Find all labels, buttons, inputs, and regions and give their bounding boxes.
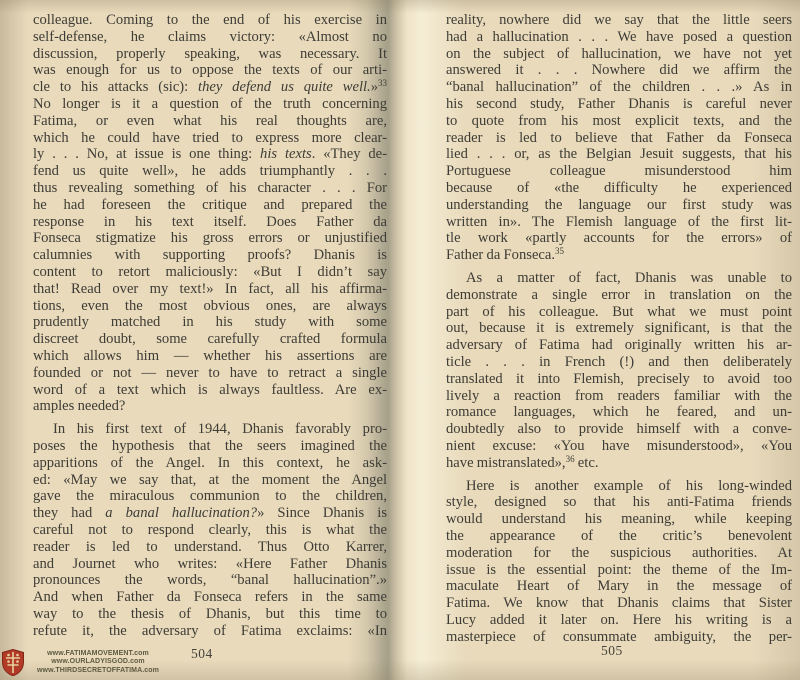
text-line: ed: «May we say that, at the moment the … <box>33 472 387 489</box>
text-line: answered it . . . Nowhere did we affirm … <box>446 62 792 79</box>
text-line: Portuguese colleague misunderstood him <box>446 163 792 180</box>
text-line: because of «the difficulty he experience… <box>446 180 792 197</box>
right-page-text: reality, nowhere did we say that the lit… <box>446 12 792 645</box>
text-line: apparitions of the Angel. In this contex… <box>33 455 387 472</box>
paragraph: In his first text of 1944, Dhanis favora… <box>33 421 387 639</box>
text-line: Fatima, or even what his real thoughts a… <box>33 113 387 130</box>
text-line: In his first text of 1944, Dhanis favora… <box>33 421 387 438</box>
text-line: lied . . . or, as the Belgian Jesuit sug… <box>446 146 792 163</box>
text-line: self-defense, he claims victory: «Almost… <box>33 29 387 46</box>
text-line: nient excuse: «You have misunderstood», … <box>446 438 792 455</box>
text-line: Father da Fonseca.35 <box>446 247 792 264</box>
text-line: tle work «partly accounts for the errors… <box>446 230 792 247</box>
text-line: thus revealing something of his characte… <box>33 180 387 197</box>
text-line: cle to his attacks (sic): they defend us… <box>33 79 387 96</box>
text-line: And when Father da Fonseca refers in the… <box>33 589 387 606</box>
text-line: they had a banal hallucination?» Since D… <box>33 505 387 522</box>
text-line: ly . . . No, at issue is one thing: his … <box>33 146 387 163</box>
text-line: content to retort maliciously: «But I di… <box>33 264 387 281</box>
text-line: Here is another example of his long-wind… <box>446 478 792 495</box>
text-line: out, because it is extremely significant… <box>446 320 792 337</box>
text-line: ticle . . . in French (!) and then delib… <box>446 354 792 371</box>
text-line: amples needed? <box>33 398 387 415</box>
text-line: fend us quite well», he adds triumphantl… <box>33 163 387 180</box>
text-line: romance languages, which he feared, and … <box>446 404 792 421</box>
text-line: “banal hallucination” of the children . … <box>446 79 792 96</box>
text-line: refute it, the adversary of Fatima excla… <box>33 623 387 640</box>
text-line: would understand his meaning, while keep… <box>446 511 792 528</box>
text-line: word of a text which is always faultless… <box>33 382 387 399</box>
text-line: and Journet who writes: «Here Father Dha… <box>33 556 387 573</box>
text-line: have mistranslated»,36 etc. <box>446 455 792 472</box>
text-line: that! Read over my text!» In fact, all h… <box>33 281 387 298</box>
text-line: discreet doubt, some carefully crafted f… <box>33 331 387 348</box>
text-line: way to the thesis of Dhanis, but this ti… <box>33 606 387 623</box>
text-line: his second study, Father Dhanis is caref… <box>446 96 792 113</box>
text-line: colleague. Coming to the end of his exer… <box>33 12 387 29</box>
watermark-url: www.OURLADYISGOD.com <box>28 658 168 667</box>
watermark-url: www.THIRDSECRETOFFATIMA.com <box>28 667 168 676</box>
book-spread-scan: colleague. Coming to the end of his exer… <box>0 0 800 680</box>
text-line: was enough for us to oppose the texts of… <box>33 62 387 79</box>
text-line: As a matter of fact, Dhanis was unable t… <box>446 270 792 287</box>
paragraph: colleague. Coming to the end of his exer… <box>33 12 387 415</box>
text-line: style, designed so that his anti-Fatima … <box>446 494 792 511</box>
text-line: No longer is it a question of the truth … <box>33 96 387 113</box>
text-line: written in». The Flemish language of the… <box>446 214 792 231</box>
text-line: pronounces the words, “banal hallucinati… <box>33 572 387 589</box>
text-line: on the subject of hallucination, we have… <box>446 46 792 63</box>
watermark: www.FATIMAMOVEMENT.com www.OURLADYISGOD.… <box>2 649 168 676</box>
text-line: gave the miraculous communion to the chi… <box>33 488 387 505</box>
paragraph: As a matter of fact, Dhanis was unable t… <box>446 270 792 472</box>
text-line: reality, nowhere did we say that the lit… <box>446 12 792 29</box>
text-line: understanding the language our first stu… <box>446 197 792 214</box>
text-line: poses the hypothesis that the seers imag… <box>33 438 387 455</box>
text-line: reader is led to believe that Father da … <box>446 130 792 147</box>
text-line: tions, even the most obvious ones, are a… <box>33 298 387 315</box>
text-line: issue is the essential point: the theme … <box>446 562 792 579</box>
text-line: response in his text itself. Does Father… <box>33 214 387 231</box>
right-page-number: 505 <box>601 643 623 659</box>
left-page-number: 504 <box>191 646 213 662</box>
text-line: he had foreseen the critique and prepare… <box>33 197 387 214</box>
text-line: careful not to respond clearly, this is … <box>33 522 387 539</box>
text-line: to quote from his most explicit texts, a… <box>446 113 792 130</box>
text-line: the appearance of the critic’s benevolen… <box>446 528 792 545</box>
text-line: part of his colleague. But what we must … <box>446 304 792 321</box>
text-line: Lucy added it later on. Here his writing… <box>446 612 792 629</box>
text-line: demonstrate a single error in translatio… <box>446 287 792 304</box>
text-line: Fatima. We know that Dhanis claims that … <box>446 595 792 612</box>
text-line: prudently matched in his study with some <box>33 314 387 331</box>
text-line: reader is led to understand. Thus Otto K… <box>33 539 387 556</box>
text-line: Fonseca stigmatize his gross errors or u… <box>33 230 387 247</box>
text-line: lively a reaction from readers familiar … <box>446 388 792 405</box>
text-line: translated it into Flemish, precisely to… <box>446 371 792 388</box>
text-line: discussion, properly speaking, was neces… <box>33 46 387 63</box>
text-line: which allows him — whether his assertion… <box>33 348 387 365</box>
text-line: maculate Heart of Mary in the message of <box>446 578 792 595</box>
text-line: doubtedly also to provide himself with a… <box>446 421 792 438</box>
paragraph: reality, nowhere did we say that the lit… <box>446 12 792 264</box>
text-line: moderation for the suspicious authoritie… <box>446 545 792 562</box>
left-page-text: colleague. Coming to the end of his exer… <box>33 12 387 639</box>
watermark-urls: www.FATIMAMOVEMENT.com www.OURLADYISGOD.… <box>28 650 168 676</box>
paragraph: Here is another example of his long-wind… <box>446 478 792 646</box>
watermark-url: www.FATIMAMOVEMENT.com <box>28 650 168 659</box>
text-line: adversary of Fatima had originally writt… <box>446 337 792 354</box>
text-line: which he could have tried to express mor… <box>33 130 387 147</box>
text-line: founded or not — never to have to retrac… <box>33 365 387 382</box>
heraldic-shield-icon <box>2 649 24 676</box>
text-line: calumnies with supporting proofs? Dhanis… <box>33 247 387 264</box>
text-line: had a hallucination . . . We have posed … <box>446 29 792 46</box>
